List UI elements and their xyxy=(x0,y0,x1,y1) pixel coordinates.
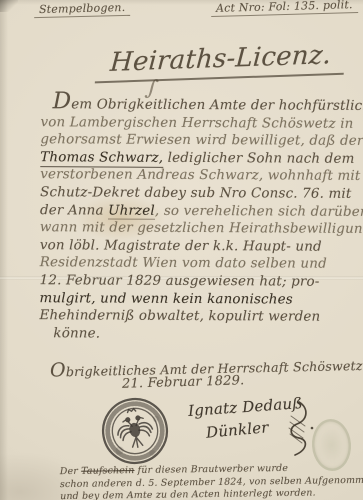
scanned-document-page: Stempelbogen. Act Nro: Fol: 135. polit. … xyxy=(0,0,363,500)
bride-name-underlined: Uhrzel xyxy=(108,203,155,219)
document-body-text: Dem Obrigkeitlichen Amte der hochfürstli… xyxy=(39,93,352,344)
imperial-double-headed-eagle-stamp-icon xyxy=(94,390,175,471)
body-line: Residenzstadt Wien vom dato selben und xyxy=(40,255,352,274)
groom-name-underlined: Thomas Schwarz, xyxy=(40,150,163,168)
addendum-text: für diesen Brautwerber wurde xyxy=(134,463,288,476)
document-title: Heiraths-Licenz. xyxy=(95,38,347,84)
body-line-text: lediglicher Sohn nach dem xyxy=(163,151,354,167)
body-line: wann mit der gesetzlichen Heirathsbewill… xyxy=(40,219,352,238)
addendum-text: Der xyxy=(60,466,81,477)
scan-corner-shadow xyxy=(0,0,18,12)
body-line: Schutz-Dekret dabey sub Nro Consc. 76. m… xyxy=(40,184,352,203)
struck-word: Taufschein xyxy=(81,465,134,477)
body-line: Dem Obrigkeitlichen Amte der hochfürstli… xyxy=(41,93,353,115)
body-line: Ehehinderniß obwaltet, kopulirt werden xyxy=(39,307,351,326)
header-right-annotation: Act Nro: Fol: 135. polit. xyxy=(211,0,358,17)
signature-official-2: Dünkler xyxy=(205,418,269,441)
body-line: könne. xyxy=(39,325,351,344)
closing-date-line: 21. Februar 1829. xyxy=(122,373,245,391)
body-line: gehorsamst Erwiesen wird bewilliget, daß… xyxy=(40,131,352,150)
body-line: von löbl. Magistrate der k.k. Haupt- und xyxy=(40,237,352,256)
body-line: der Anna Uhrzel, so verehelichen sich da… xyxy=(40,202,352,221)
body-line-text: der Anna xyxy=(40,203,108,218)
header-left-annotation: Stempelbogen. xyxy=(34,1,131,18)
addendum-note: Der Taufschein für diesen Brautwerber wu… xyxy=(60,462,356,500)
body-line: Thomas Schwarz, lediglicher Sohn nach de… xyxy=(40,149,352,168)
body-line: verstorbenen Andreas Schwarz, wohnhaft m… xyxy=(40,167,352,186)
body-line: mulgirt, und wenn kein kanonisches xyxy=(40,290,352,309)
body-line: von Lambergischen Herrschaft Schöswetz i… xyxy=(40,114,352,133)
body-line-text: , so verehelichen sich darüber; xyxy=(155,203,363,219)
body-line-date: 12. Februar 1829 ausgewiesen hat; pro- xyxy=(40,272,352,291)
paper-left-edge-shadow xyxy=(0,0,8,500)
